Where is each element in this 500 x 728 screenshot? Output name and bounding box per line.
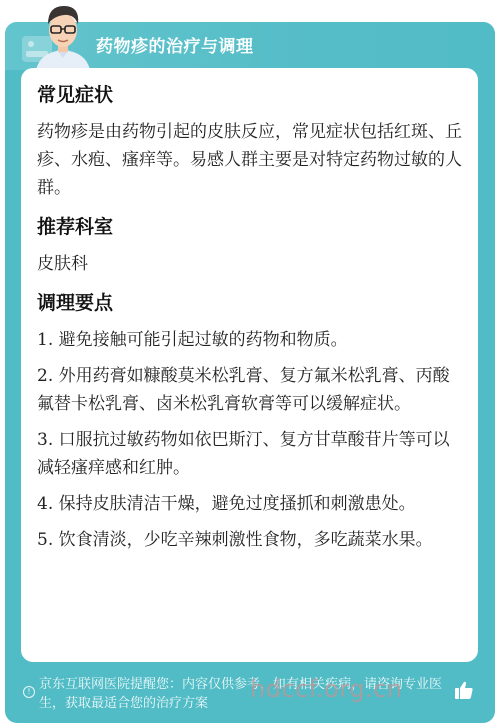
department-text: 皮肤科: [37, 250, 462, 278]
department-heading: 推荐科室: [37, 214, 462, 240]
care-item: 1. 避免接触可能引起过敏的药物和物质。: [37, 326, 462, 354]
symptoms-text: 药物疹是由药物引起的皮肤反应，常见症状包括红斑、丘疹、水疱、瘙痒等。易感人群主要…: [37, 118, 462, 202]
symptoms-heading: 常见症状: [37, 82, 462, 108]
content-card: 常见症状 药物疹是由药物引起的皮肤反应，常见症状包括红斑、丘疹、水疱、瘙痒等。易…: [21, 68, 478, 662]
care-item: 4. 保持皮肤清洁干燥，避免过度搔抓和刺激患处。: [37, 490, 462, 518]
info-icon: !: [23, 686, 35, 698]
care-item: 3. 口服抗过敏药物如依巴斯汀、复方甘草酸苷片等可以减轻瘙痒感和红肿。: [37, 426, 462, 482]
doctor-avatar: [30, 0, 96, 70]
care-item: 2. 外用药膏如糠酸莫米松乳膏、复方氟米松乳膏、丙酸氟替卡松乳膏、卤米松乳膏软膏…: [37, 362, 462, 418]
thumbs-up-icon[interactable]: [454, 680, 474, 700]
page-title: 药物疹的治疗与调理: [96, 32, 254, 57]
watermark: hdccf.org.cn: [250, 675, 403, 703]
care-heading: 调理要点: [37, 290, 462, 316]
care-item: 5. 饮食清淡，少吃辛辣刺激性食物，多吃蔬菜水果。: [37, 526, 462, 554]
